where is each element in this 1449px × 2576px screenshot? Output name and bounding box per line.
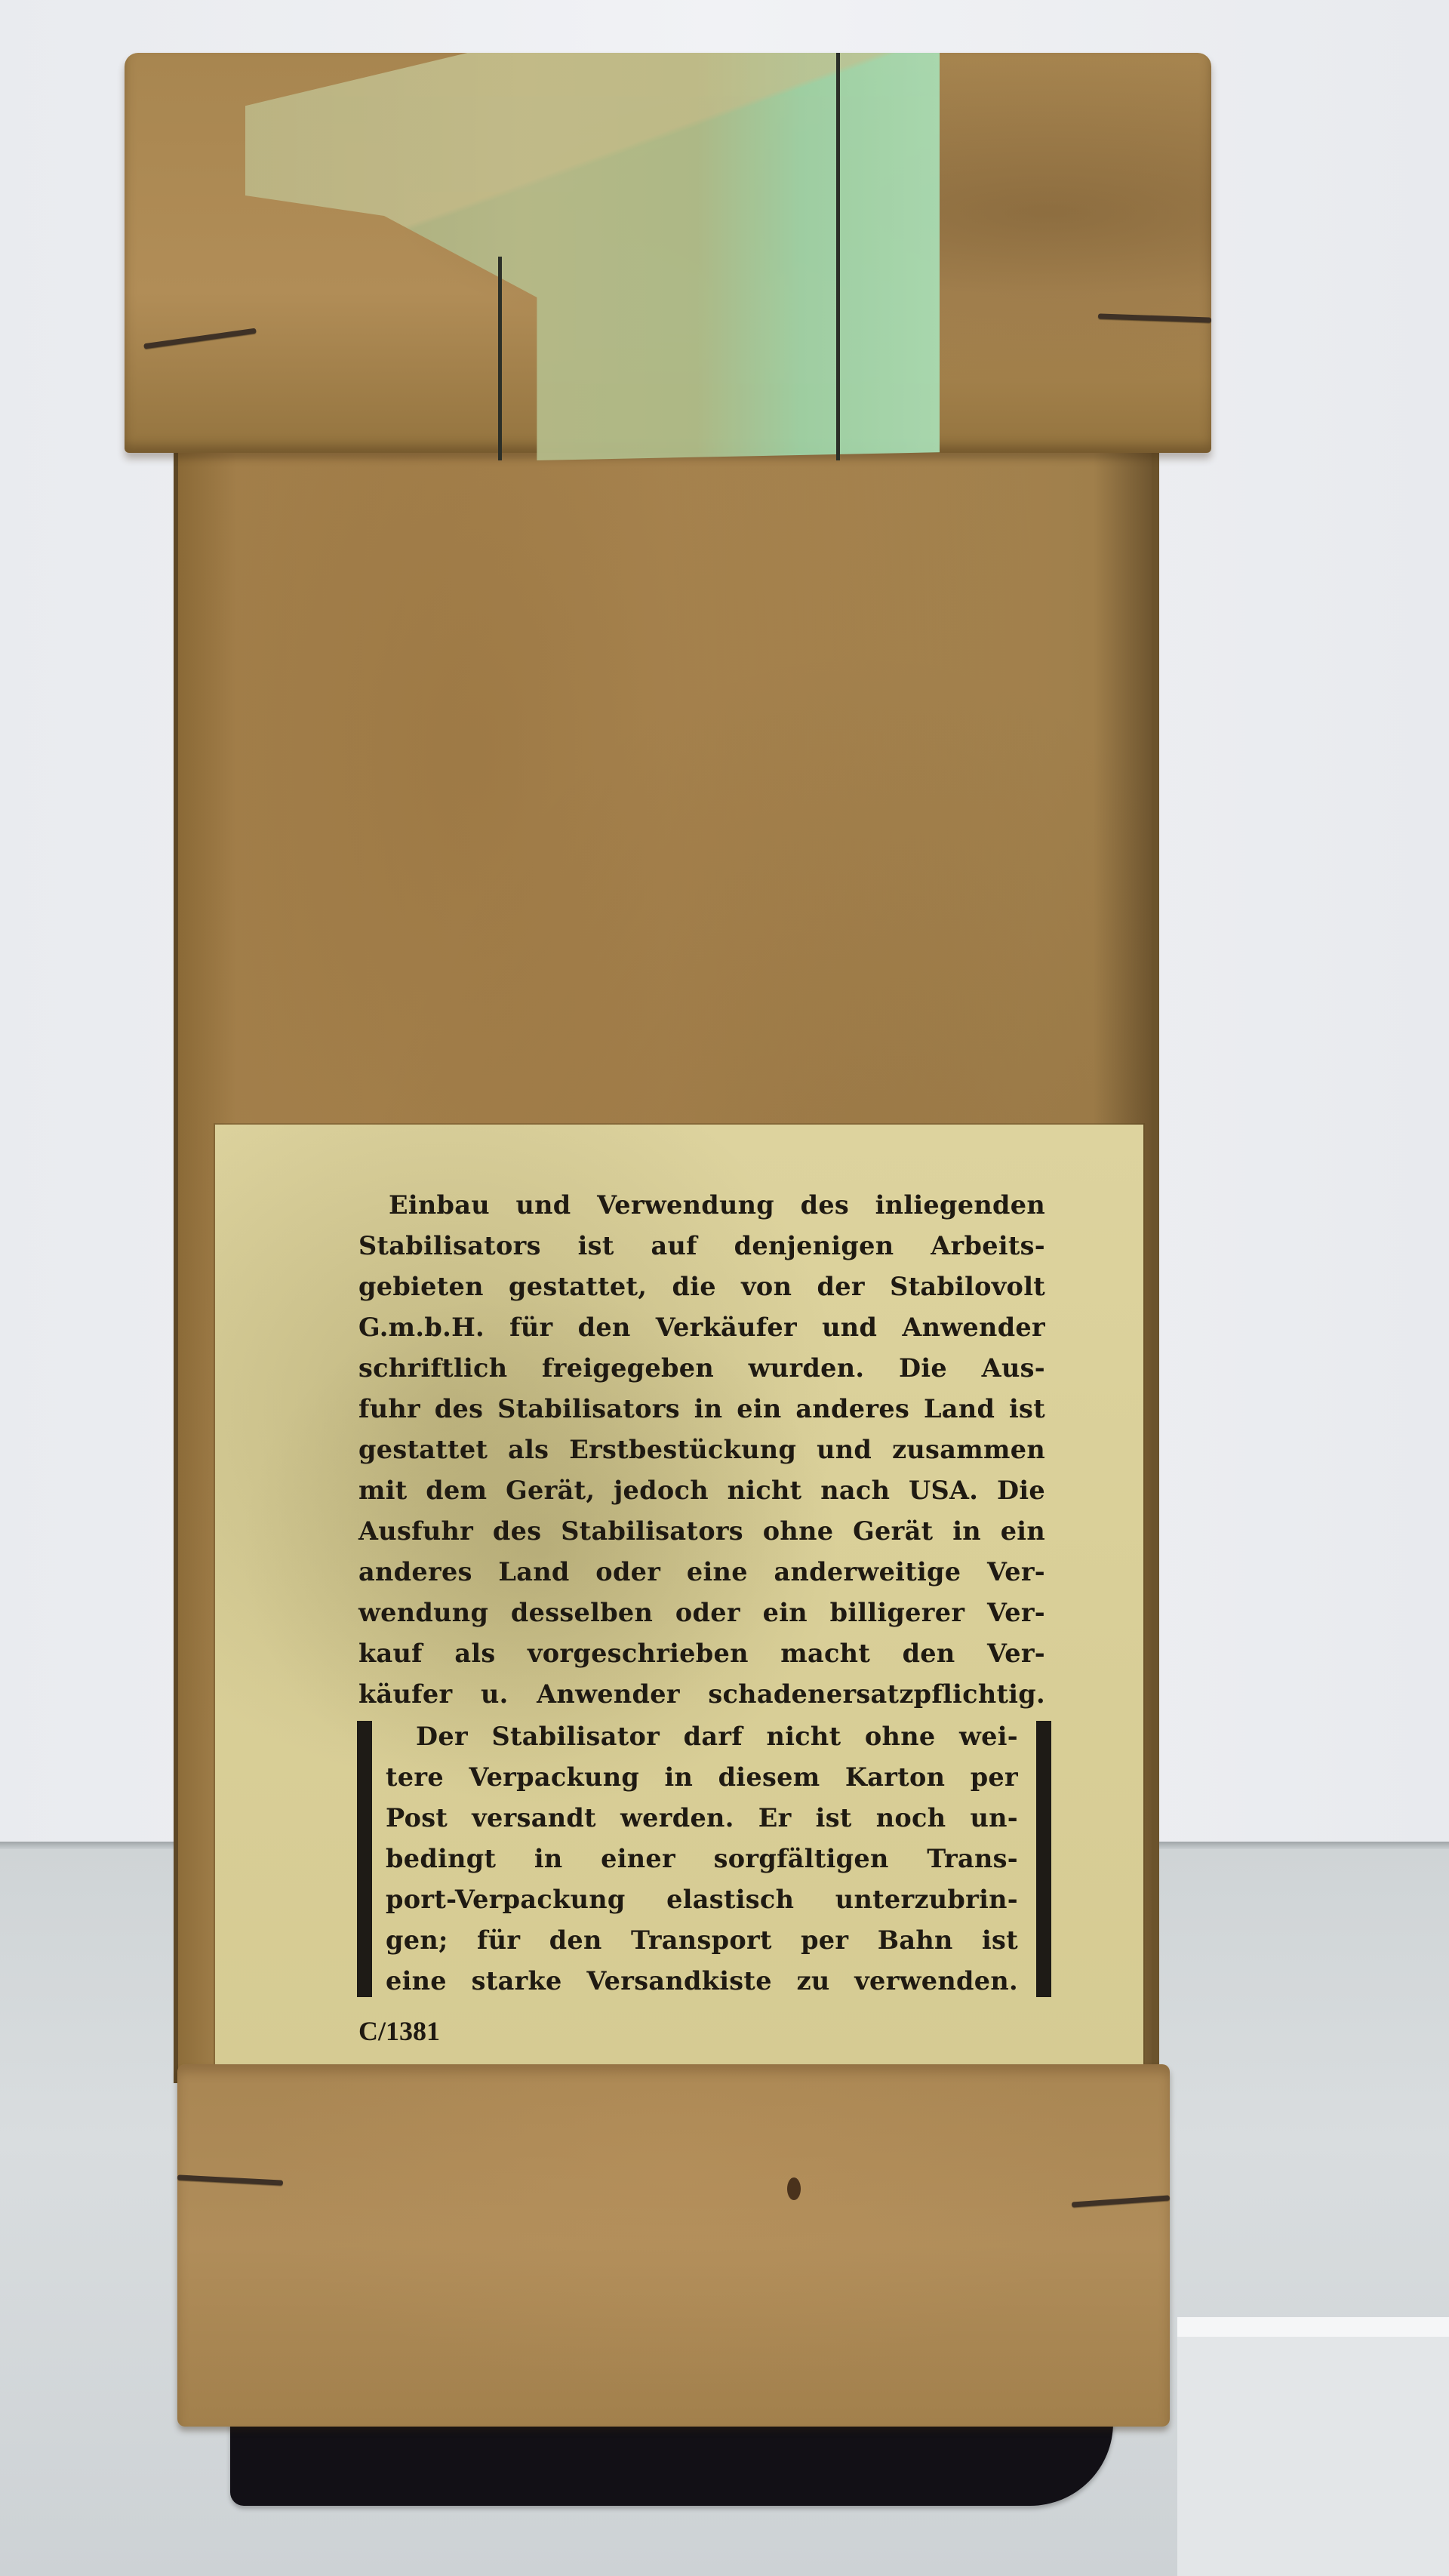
label-line: gebieten gestattet, die von der Stabilov… (358, 1266, 1045, 1307)
label-line: käufer u. Anwender schadenersatzpflichti… (358, 1674, 1045, 1715)
label-line: Einbau und Verwendung des inliegenden (358, 1185, 1045, 1226)
label-line: wendung desselben oder ein billigerer Ve… (358, 1593, 1045, 1633)
label-line: port-Verpackung elastisch unterzubrin- (386, 1879, 1018, 1920)
label-line: Ausfuhr des Stabilisators ohne Gerät in … (358, 1511, 1045, 1552)
label-line: eine starke Versandkiste zu verwenden. (386, 1961, 1018, 2002)
shelf-highlight (1177, 2317, 1449, 2337)
label-text-block: Einbau und Verwendung des inliegenden St… (358, 1185, 1045, 2002)
label-line: G.m.b.H. für den Verkäufer und Anwender (358, 1307, 1045, 1348)
label-line: Post versandt werden. Er ist noch un- (386, 1798, 1018, 1839)
label-line: gestattet als Erstbestückung und zusamme… (358, 1430, 1045, 1470)
label-line: Der Stabilisator darf nicht ohne wei- (386, 1716, 1018, 1757)
label-line: kauf als vorgeschrieben macht den Ver- (358, 1633, 1045, 1674)
label-line: bedingt in einer sorgfältigen Trans- (386, 1839, 1018, 1879)
tape-pen-line (836, 53, 840, 460)
shelf-lower-panel (1177, 2337, 1449, 2576)
tape-pen-line (498, 257, 502, 460)
label-line: tere Verpackung in diesem Karton per (386, 1757, 1018, 1798)
instruction-label: Einbau und Verwendung des inliegenden St… (215, 1125, 1143, 2068)
label-line: fuhr des Stabilisators in ein anderes La… (358, 1389, 1045, 1430)
label-line: Stabilisators ist auf denjenigen Arbeits… (358, 1226, 1045, 1266)
label-paragraph-2-boxed: Der Stabilisator darf nicht ohne wei- te… (358, 1716, 1045, 2002)
label-line: gen; für den Transport per Bahn ist (386, 1920, 1018, 1961)
label-line: schriftlich freigegeben wurden. Die Aus- (358, 1348, 1045, 1389)
label-paragraph-1: Einbau und Verwendung des inliegenden St… (358, 1185, 1045, 1715)
label-code: C/1381 (358, 2015, 440, 2047)
label-line: anderes Land oder eine anderweitige Ver- (358, 1552, 1045, 1593)
black-border-bar-left (357, 1721, 372, 1997)
stain-spot (787, 2177, 801, 2200)
box-bottom-lid (177, 2064, 1170, 2427)
black-border-bar-right (1036, 1721, 1051, 1997)
label-line: mit dem Gerät, jedoch nicht nach USA. Di… (358, 1470, 1045, 1511)
